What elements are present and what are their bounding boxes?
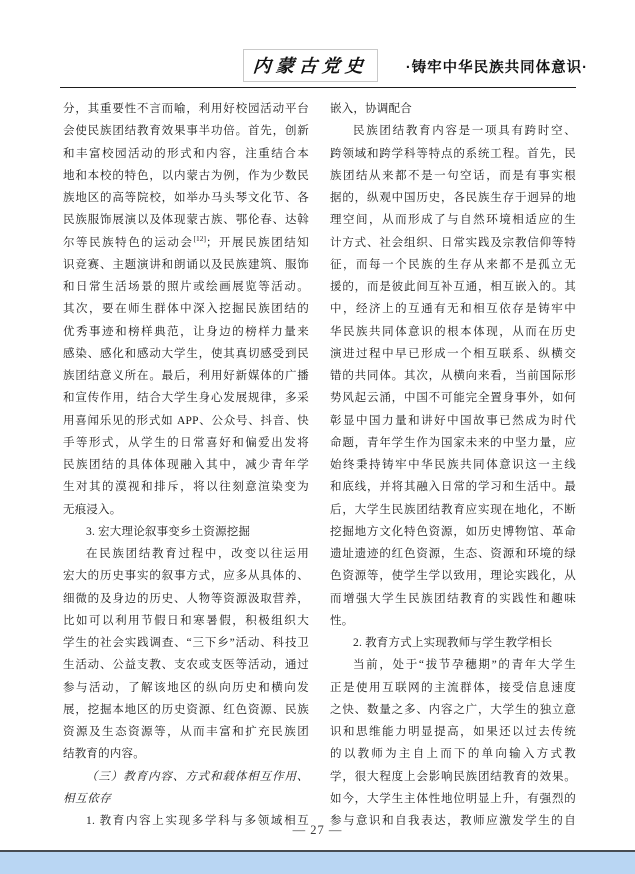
text-line: 相互依存: [63, 788, 309, 810]
text-line: 在民族团结教育过程中，改变以往运用: [63, 543, 309, 565]
text-line: 宏大的历史事实的叙事方式，应多从具体的、: [63, 565, 309, 587]
text-line: 民族团结的具体体现融入其中，减少青年学: [63, 454, 309, 476]
text-line: 和日常生活场景的照片或绘画展览等活动。: [63, 276, 309, 298]
text-line: 感染、感化和感动大学生，使其真切感受到民: [63, 343, 309, 365]
text-line: 和底线，并将其融入日常的学习和生活中。最: [330, 476, 576, 498]
header-topic-label: ·铸牢中华民族共同体意识·: [406, 56, 588, 77]
text-line: 无痕浸入。: [63, 499, 309, 521]
text-line: 资源及生态资源等，从而丰富和扩充民族团: [63, 721, 309, 743]
text-line: 族地区的高等院校，如举办马头琴文化节、各: [63, 187, 309, 209]
text-line: 3. 宏大理论叙事变乡土资源挖掘: [63, 521, 309, 543]
text-line: （三）教育内容、方式和载体相互作用、: [63, 766, 309, 788]
text-line: 手等形式，从学生的日常喜好和偏爱出发将: [63, 432, 309, 454]
text-line: 结教育的内容。: [63, 743, 309, 765]
text-line: 2. 教育方式上实现教师与学生教学相长: [330, 632, 576, 654]
text-line: 其次，要在师生群体中深入挖掘民族团结的: [63, 298, 309, 320]
text-line: 演进过程中早已形成一个相互联系、纵横交: [330, 343, 576, 365]
text-line: 比如可以利用节假日和寒暑假，积极组织大: [63, 610, 309, 632]
text-line: 参与活动，了解该地区的纵向历史和横向发: [63, 677, 309, 699]
text-line: 和宣传作用，结合大学生身心发展规律，多采: [63, 387, 309, 409]
text-line: 优秀事迹和榜样典范，让身边的榜样力量来: [63, 321, 309, 343]
text-line: 后，大学生民族团结教育应实现在地化，不断: [330, 499, 576, 521]
text-line: 的以教师为主自上而下的单向输入方式教: [330, 743, 576, 765]
text-line: 彰显中国力量和讲好中国故事已然成为时代: [330, 410, 576, 432]
text-line: 正是使用互联网的主流群体，接受信息速度: [330, 677, 576, 699]
text-line: 跨领域和跨学科等特点的系统工程。首先，民: [330, 143, 576, 165]
text-line: 援的，而是彼此间互补互通，相互嵌入的。其: [330, 276, 576, 298]
text-line: 生活动、公益支教、支农或支医等活动，通过: [63, 654, 309, 676]
text-line: 识竞赛、主题演讲和朗诵以及民族建筑、服饰: [63, 254, 309, 276]
text-line: 生对其的漠视和排斥，将以往刻意渲染变为: [63, 476, 309, 498]
text-line: 学生的社会实践调查、“三下乡”活动、科技卫: [63, 632, 309, 654]
text-line: 势风起云涌，中国不可能完全置身事外，如何: [330, 387, 576, 409]
text-line: 当前，处于“拔节孕穗期”的青年大学生: [330, 654, 576, 676]
text-line: 民族团结教育内容是一项具有跨时空、: [330, 120, 576, 142]
left-column: 分，其重要性不言而喻，利用好校园活动平台会使民族团结教育效果事半功倍。首先，创新…: [63, 98, 309, 832]
right-column: 嵌入，协调配合民族团结教育内容是一项具有跨时空、跨领域和跨学科等特点的系统工程。…: [330, 98, 576, 832]
text-line: 征，而每一个民族的生存从来都不是孤立无: [330, 254, 576, 276]
text-line: 而增强大学生民族团结教育的实践性和趣味: [330, 588, 576, 610]
text-line: 色资源等，使学生学以致用，理论实践化，从: [330, 565, 576, 587]
text-line: 族团结从来都不是一句空话，而是有事实根: [330, 165, 576, 187]
text-line: 性。: [330, 610, 576, 632]
journal-page: 内蒙古党史 ·铸牢中华民族共同体意识· 分，其重要性不言而喻，利用好校园活动平台…: [0, 0, 635, 874]
text-line: 挖掘地方文化特色资源，如历史博物馆、革命: [330, 521, 576, 543]
text-line: 计方式、社会组织、日常实践及宗教信仰等特: [330, 232, 576, 254]
footnote-reference: [12]: [193, 234, 206, 243]
text-line: 地和本校的特色，以内蒙古为例，作为少数民: [63, 165, 309, 187]
text-line: 细微的及身边的历史、人物等资源汲取营养，: [63, 588, 309, 610]
text-line: 和丰富校园活动的形式和内容，注重结合本: [63, 143, 309, 165]
text-line: 之快、数量之多、内容之广，大学生的独立意: [330, 699, 576, 721]
text-line: 识和思维能力明显提高，如果还以过去传统: [330, 721, 576, 743]
page-number: — 27 —: [0, 823, 635, 838]
header-rule: [60, 87, 576, 88]
text-line: 嵌入，协调配合: [330, 98, 576, 120]
text-line: 始终秉持铸牢中华民族共同体意识这一主线: [330, 454, 576, 476]
text-line: 学，很大程度上会影响民族团结教育的效果。: [330, 766, 576, 788]
text-line: 尔等民族特色的运动会[12]；开展民族团结知: [63, 232, 309, 254]
text-line: 如今，大学生主体性地位明显上升，有强烈的: [330, 788, 576, 810]
text-line: 用喜闻乐见的形式如 APP、公众号、抖音、快: [63, 410, 309, 432]
text-line: 民族服饰展演以及体现蒙古族、鄂伦春、达斡: [63, 209, 309, 231]
text-line: 中，经济上的互通有无和相互依存是铸牢中: [330, 298, 576, 320]
text-line: 理空间，从而形成了与自然环境相适应的生: [330, 209, 576, 231]
text-line: 华民族共同体意识的根本体现，从而在历史: [330, 321, 576, 343]
text-line: 据的，纵观中国历史，各民族生存于迥异的地: [330, 187, 576, 209]
text-line: 命题，青年学生作为国家未来的中坚力量，应: [330, 432, 576, 454]
text-line: 遗址遗迹的红色资源，生态、资源和环境的绿: [330, 543, 576, 565]
text-line: 错的共同体。其次，从横向来看，当前国际形: [330, 365, 576, 387]
journal-title-calligraphy: 内蒙古党史: [252, 52, 369, 78]
text-line: 展，挖掘本地区的历史资源、红色资源、民族: [63, 699, 309, 721]
journal-masthead-box: 内蒙古党史: [243, 49, 378, 82]
text-line: 族团结意义所在。最后，利用好新媒体的广播: [63, 365, 309, 387]
window-bottom-bar: [0, 850, 635, 874]
text-line: 分，其重要性不言而喻，利用好校园活动平台: [63, 98, 309, 120]
text-line: 会使民族团结教育效果事半功倍。首先，创新: [63, 120, 309, 142]
